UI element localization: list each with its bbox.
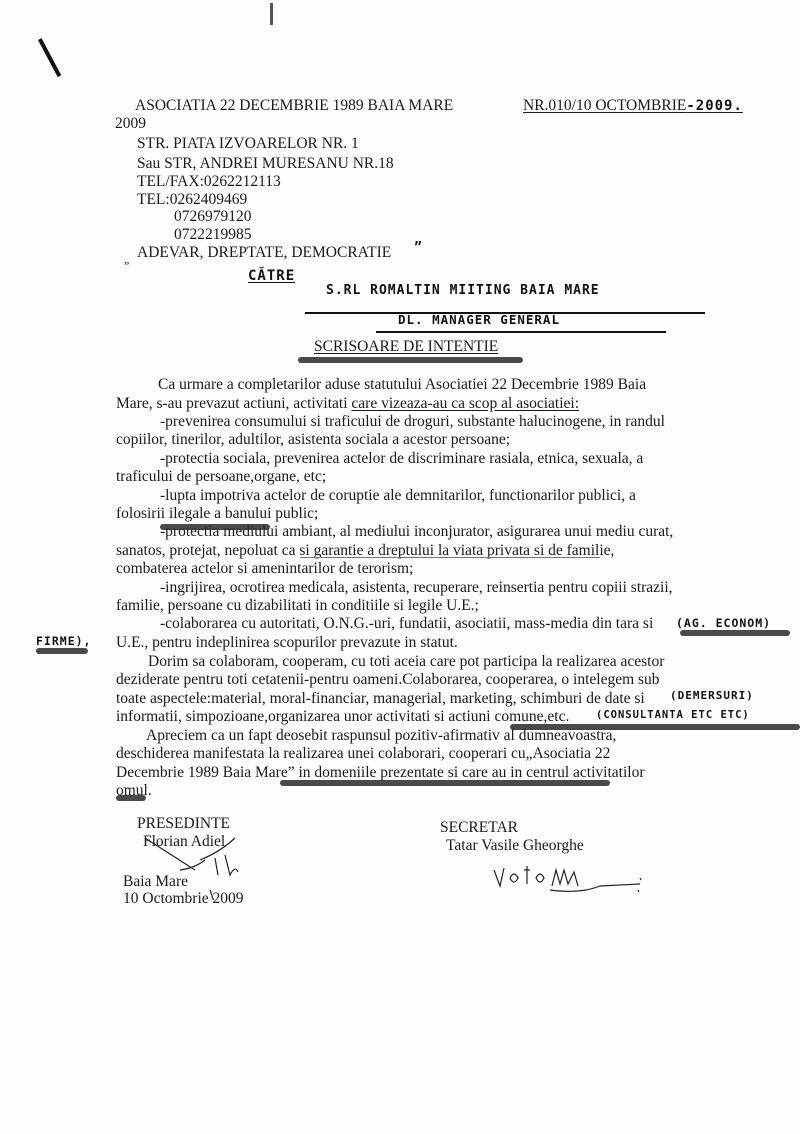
firme-highlight-mark <box>36 648 88 654</box>
stray-line <box>300 557 600 558</box>
secretary-name: Tatar Vasile Gheorghe <box>446 837 584 855</box>
para2-line-1: Dorim sa colaboram, cooperam, cu toti ac… <box>116 653 664 671</box>
recipient-attention: DL. MANAGER GENERAL <box>398 312 560 327</box>
item-5-line-2: familie, persoane cu dizabilitati in con… <box>116 597 673 615</box>
attention-underline <box>376 331 666 333</box>
telephone: TEL:0262409469 <box>137 191 247 209</box>
para3-line-2: deschiderea manifestata la realizarea un… <box>116 745 645 763</box>
intro-underlined: care vizeaza-au ca scop al asociatiei: <box>351 395 579 412</box>
handwritten-note-demersuri: (DEMERSURI) <box>670 689 754 702</box>
stray-pen-stroke <box>38 38 61 77</box>
paragraph-appreciation: Apreciem ca un fapt deosebit raspunsul p… <box>116 727 645 801</box>
protectia-highlight-mark <box>160 524 270 530</box>
handwritten-note-consultanta: (CONSULTANTA ETC ETC) <box>596 709 750 721</box>
para3-line-1: Apreciem ca un fapt deosebit raspunsul p… <box>116 727 645 745</box>
recipient-company: S.RL ROMALTIN MIITING BAIA MARE <box>326 283 600 298</box>
intro-line-2: Mare, s-au prevazut actiuni, activitati … <box>116 395 579 413</box>
scan-artifact <box>270 3 273 25</box>
handwritten-note-firme: FIRME), <box>36 634 91 648</box>
para2-line-3: toate aspectele:material, moral-financia… <box>116 690 664 708</box>
item-2-line-1: -protectia sociala, prevenirea actelor d… <box>116 450 673 468</box>
handwritten-note-ag-econom: (AG. ECONOM) <box>676 616 771 630</box>
omul-highlight-mark <box>116 795 146 801</box>
item-1-line-1: -prevenirea consumului si traficului de … <box>116 413 673 431</box>
place: Baia Mare <box>123 873 188 891</box>
secretary-role: SECRETAR <box>440 819 518 837</box>
motto: ADEVAR, DREPTATE, DEMOCRATIE <box>137 244 391 262</box>
org-name: ASOCIATIA 22 DECEMBRIE 1989 BAIA MARE <box>135 97 453 115</box>
item-6-line-2: U.E., pentru indeplinirea scopurilor pre… <box>116 634 673 652</box>
item-2-line-2: traficului de persoane,organe, etc; <box>116 468 673 486</box>
reference-number: NR.010/10 OCTOMBRIE-2009. <box>523 97 743 115</box>
reference-year-handwritten: -2009. <box>686 98 743 114</box>
intro-text: Mare, s-au prevazut actiuni, activitati <box>116 395 351 412</box>
objectives-list: -prevenirea consumului si traficului de … <box>116 413 673 652</box>
motto-open-quote: „ <box>124 250 129 268</box>
mobile-phone-2: 0722219985 <box>174 226 252 244</box>
address-line-2: Sau STR, ANDREI MURESANU NR.18 <box>137 155 394 173</box>
org-name-continued: 2009 <box>115 115 146 133</box>
item-5-line-1: -ingrijirea, ocrotirea medicala, asisten… <box>116 579 673 597</box>
motto-close-quote: ” <box>414 240 423 255</box>
letter-title: SCRISOARE DE INTENTIE <box>314 338 498 356</box>
paragraph-collaboration: Dorim sa colaboram, cooperam, cu toti ac… <box>116 653 664 727</box>
mobile-phone-1: 0726979120 <box>174 208 252 226</box>
item-6-line-1: -colaborarea cu autoritati, O.N.G.-uri, … <box>116 615 673 633</box>
intro-line-1: Ca urmare a completarilor aduse statutul… <box>158 376 646 394</box>
date: 10 Octombrie 2009 <box>123 890 244 908</box>
item-1-line-2: copiilor, tinerilor, adultilor, asistent… <box>116 431 673 449</box>
note-highlight-mark <box>680 630 790 636</box>
domenii-highlight-mark <box>280 780 610 786</box>
address-line-1: STR. PIATA IZVOARELOR NR. 1 <box>137 135 359 153</box>
item-3-line-1: -lupta impotriva actelor de coruptie ale… <box>116 487 673 505</box>
item-4-line-3: combaterea actelor si amenintarilor de t… <box>116 560 673 578</box>
title-highlight-mark <box>298 357 523 363</box>
item-3-line-2: folosirii ilegale a banului public; <box>116 505 673 523</box>
secretary-signature <box>490 860 650 896</box>
tel-fax: TEL/FAX:0262212113 <box>137 173 281 191</box>
reference-number-text: NR.010/10 OCTOMBRIE <box>523 97 686 114</box>
para2-line-2: deziderate pentru toti cetatenii-pentru … <box>116 671 664 689</box>
recipient-to-label: CĂTRE <box>248 268 295 284</box>
